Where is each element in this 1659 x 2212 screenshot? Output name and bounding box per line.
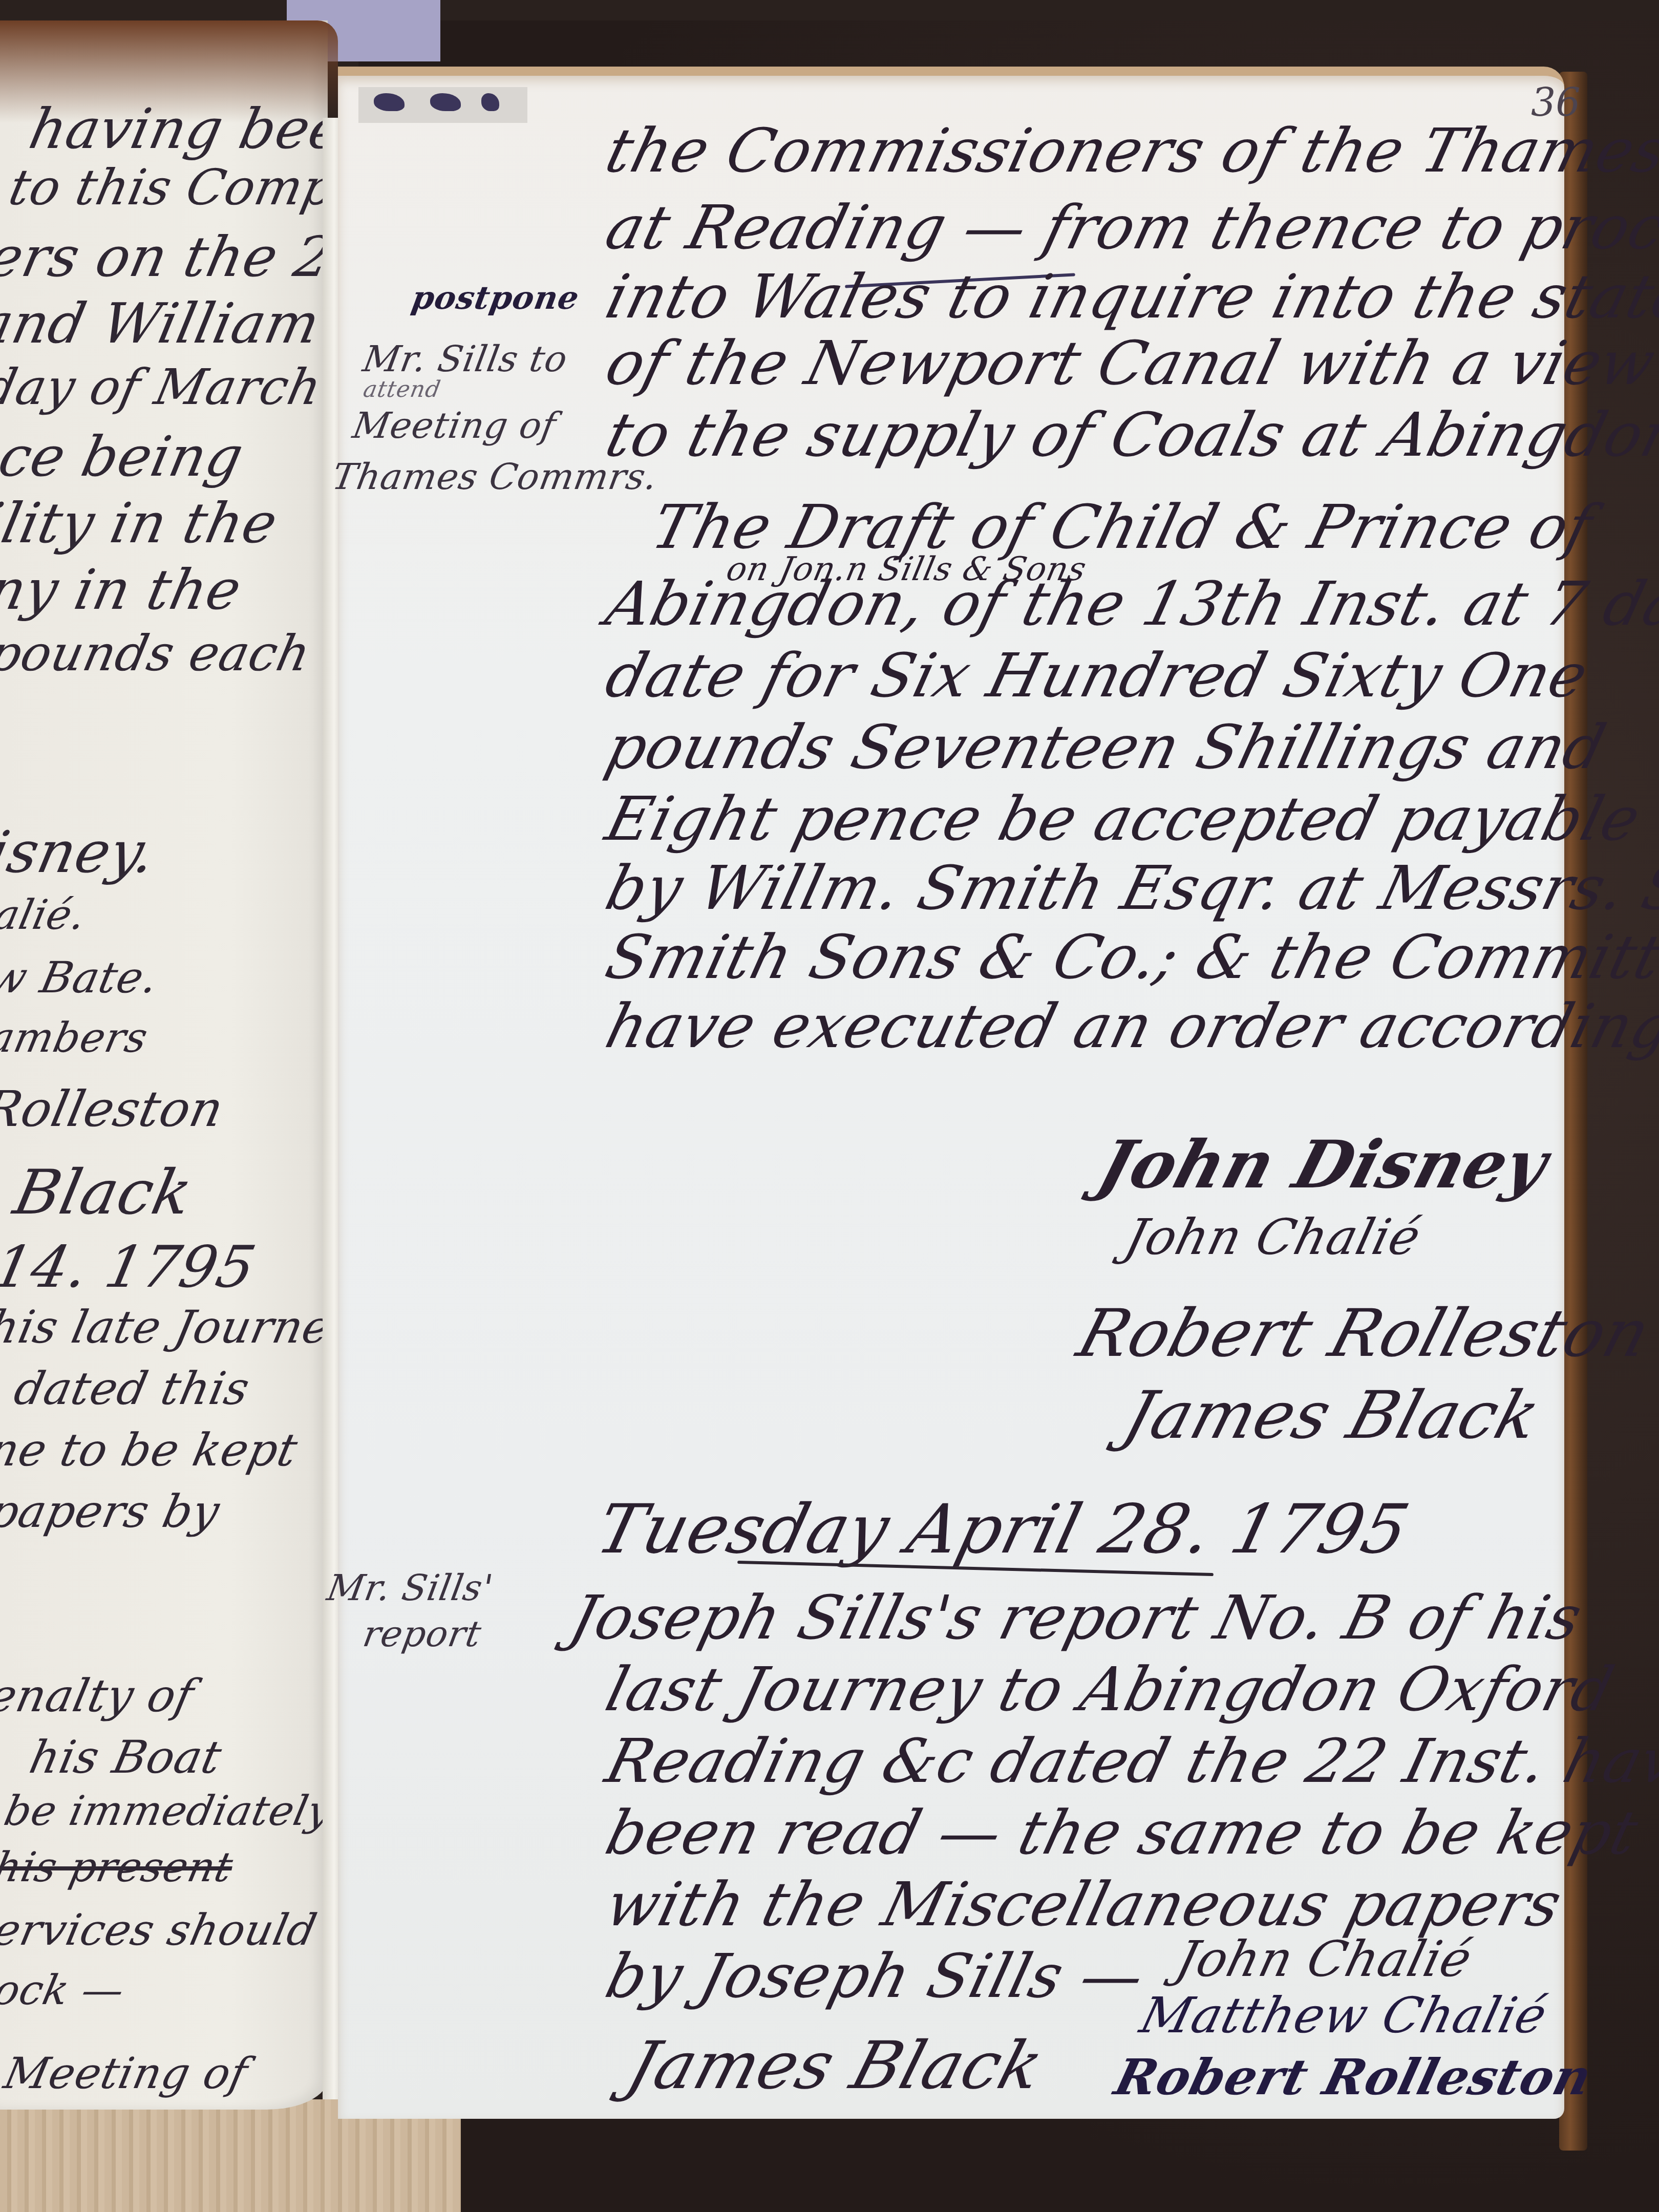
left-line: enalty of [0,1669,199,1722]
entry3-line: Reading &c dated the 22 Inst. having [599,1726,1659,1796]
entry2-line: by Willm. Smith Esqr. at Messrs. Saml. [599,853,1659,923]
left-page-text: having been to this Company ers on the 2… [0,20,328,2110]
margin-note-postpone: postpone [409,279,582,316]
signature: John Chalié [1119,1208,1427,1266]
left-line: ility in the [0,492,283,556]
signature: John Disney [1090,1126,1556,1203]
margin-note-line: report [360,1613,485,1655]
signature: John Chalié [1171,1930,1478,1988]
entry2-line: Smith Sons & Co.; & the Committee [599,922,1659,992]
entry2-line: date for Six Hundred Sixty One [599,640,1595,711]
signature: Matthew Chalié [1135,1987,1553,2044]
left-line: dated this [10,1362,254,1415]
entry1-line: the Commissioners of the Thames [599,115,1659,186]
left-line: be immediately [0,1787,328,1835]
entry3-line: been read — the same to be kept [599,1797,1645,1868]
entry2-line: have executed an order accordingly [599,991,1659,1061]
left-line: ervices should [0,1905,322,1955]
entry1-line: at Reading — from thence to proceed [599,192,1659,263]
margin-note-line: Meeting of [350,405,560,446]
margin-note-line: Mr. Sills' [324,1567,497,1609]
left-line: 14. 1795 [0,1234,262,1301]
left-line: and William [0,292,326,356]
left-line: ambers [0,1014,152,1061]
entry3-line: by Joseph Sills — [599,1941,1152,2011]
entry1-line: into Wales to inquire into the state [599,261,1659,332]
left-line: ock — [0,1966,129,2014]
entry1-line: to the supply of Coals at Abingdon [599,399,1659,470]
left-line-struck: his present [0,1843,237,1891]
left-line: Meeting of [0,2048,252,2098]
signature: Robert Rolleston [1109,2048,1598,2106]
entry2-line: Abingdon, of the 13th Inst. at 7 days [599,568,1659,639]
left-line: Rolleston [0,1080,229,1138]
entry3-line: Joseph Sills's report No. B of his [563,1582,1589,1653]
left-line: ers on the 29th [0,225,328,289]
entry3-line: last Journey to Abingdon Oxford [599,1654,1621,1725]
left-line: day of March 1795 [0,358,328,416]
signature: James Black [1116,1377,1548,1454]
meeting-date-heading: Tuesday April 28. 1795 [589,1490,1417,1569]
entry2-line: Eight pence be accepted payable [599,783,1648,854]
left-line: papers by [0,1485,224,1538]
entry1-line: of the Newport Canal with a view [599,328,1659,398]
document-photo: having been to this Company ers on the 2… [0,0,1659,2212]
entry3-line: with the Miscellaneous papers [599,1869,1569,1940]
left-line: to this Company [4,159,328,216]
left-line: w Bate. [0,952,163,1003]
left-line: his Boat [25,1731,226,1783]
left-line: Black [8,1157,199,1228]
margin-note-line: attend [361,376,443,402]
left-line: ne to be kept [0,1423,302,1476]
left-line: isney. [0,819,162,886]
left-line: alié. [0,891,91,939]
entry2-line: pounds Seventeen Shillings and [599,712,1613,782]
signature: James Black [619,2028,1052,2104]
paper-tab [358,87,527,123]
left-line: ny in the [0,558,247,622]
left-line: having been [24,97,328,161]
left-line: pounds each [0,625,316,682]
left-line: ce being [0,425,249,489]
signature: Robert Rolleston [1070,1295,1659,1372]
margin-note-line: Mr. Sills to [360,338,571,380]
left-line: his late Journey [0,1301,328,1353]
